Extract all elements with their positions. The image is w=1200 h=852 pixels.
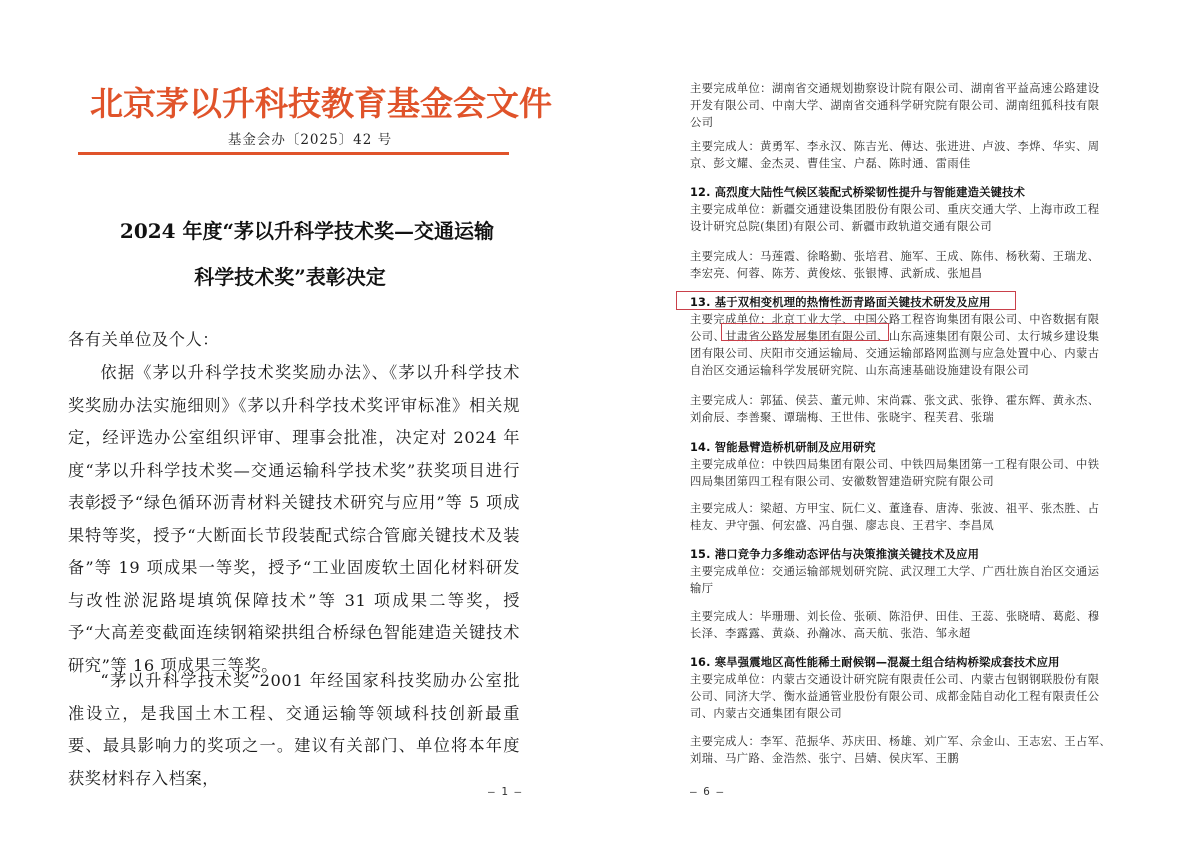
text-line: 桂友、尹守强、何宏盛、冯自强、廖志良、王君宇、李昌凤 <box>690 517 1115 534</box>
paragraph-awards: 授予“绿色循环沥青材料关键技术研究与应用”等 5 项成果特等奖，授予“大断面长节… <box>68 487 520 682</box>
letterhead-title: 北京茅以升科技教育基金会文件 <box>90 78 510 125</box>
project-heading: 16. 寒旱强震地区高性能稀土耐候钢—混凝土组合结构桥梁成套技术应用 <box>690 654 1115 671</box>
document-title: 2024 年度“茅以升科学技术奖—交通运输 科学技术奖”表彰决定 <box>60 208 560 300</box>
project-15-people: 主要完成人：毕珊珊、刘长俭、张硕、陈沿伊、田佳、王蕊、张晓晴、葛彪、穆 长泽、李… <box>690 608 1115 642</box>
project-12-people: 主要完成人：马莲霞、徐略勤、张培君、施军、王成、陈伟、杨秋菊、王瑞龙、 李宏亮、… <box>690 248 1115 282</box>
text-line: 主要完成人：毕珊珊、刘长俭、张硕、陈沿伊、田佳、王蕊、张晓晴、葛彪、穆 <box>690 608 1115 625</box>
text-line: 主要完成单位：中铁四局集团有限公司、中铁四局集团第一工程有限公司、中铁 <box>690 456 1115 473</box>
text-line: 长泽、李露露、黄焱、孙瀚冰、高天航、张浩、邹永超 <box>690 625 1115 642</box>
text-line: 刘瑞、马广路、金浩然、张宁、吕婧、侯庆军、王鹏 <box>690 750 1115 767</box>
salutation: 各有关单位及个人： <box>68 324 520 357</box>
text-line: 主要完成人：黄勇军、李永汉、陈吉光、傅达、张进进、卢波、李烨、华实、周 <box>690 138 1115 155</box>
project-14: 14. 智能悬臂造桥机研制及应用研究 主要完成单位：中铁四局集团有限公司、中铁四… <box>690 439 1115 490</box>
text-line: 李宏亮、何蓉、陈芳、黄俊炫、张银博、武新成、张旭昌 <box>690 265 1115 282</box>
project-15: 15. 港口竞争力多维动态评估与决策推演关键技术及应用 主要完成单位：交通运输部… <box>690 546 1115 597</box>
page-number: — 6 — <box>690 785 723 798</box>
text-line: 自治区交通运输科学发展研究院、山东高速基础设施建设有限公司 <box>690 362 1115 379</box>
highlight-box-unit <box>721 323 889 341</box>
text-line: 四局集团第四工程有限公司、安徽数智建造研究院有限公司 <box>690 473 1115 490</box>
text-line: 团有限公司、庆阳市交通运输局、交通运输部路网监测与应急处置中心、内蒙古 <box>690 345 1115 362</box>
project-heading: 15. 港口竞争力多维动态评估与决策推演关键技术及应用 <box>690 546 1115 563</box>
project-14-people: 主要完成人：梁超、方甲宝、阮仁义、董逢春、唐涛、张波、祖平、张杰胜、占 桂友、尹… <box>690 500 1115 534</box>
text-line: 京、彭文耀、金杰灵、曹佳宝、户磊、陈时通、雷雨佳 <box>690 155 1115 172</box>
project-16: 16. 寒旱强震地区高性能稀土耐候钢—混凝土组合结构桥梁成套技术应用 主要完成单… <box>690 654 1115 722</box>
text-line: 输厅 <box>690 580 1115 597</box>
document-page-1: 北京茅以升科技教育基金会文件 基金会办〔2025〕42 号 2024 年度“茅以… <box>0 0 582 852</box>
project-12: 12. 高烈度大陆性气候区装配式桥梁韧性提升与智能建造关键技术 主要完成单位：新… <box>690 184 1115 235</box>
page-number: — 1 — <box>488 785 521 798</box>
document-number: 基金会办〔2025〕42 号 <box>60 128 560 148</box>
project-heading: 12. 高烈度大陆性气候区装配式桥梁韧性提升与智能建造关键技术 <box>690 184 1115 201</box>
text-line: 主要完成人：马莲霞、徐略勤、张培君、施军、王成、陈伟、杨秋菊、王瑞龙、 <box>690 248 1115 265</box>
text-line: 设计研究总院(集团)有限公司、新疆市政轨道交通有限公司 <box>690 218 1115 235</box>
title-line-1: 2024 年度“茅以升科学技术奖—交通运输 <box>60 208 560 254</box>
text-line: 公司、同济大学、衡水益通管业股份有限公司、成都金陆自动化工程有限责任公 <box>690 688 1115 705</box>
project-16-people: 主要完成人：李军、范振华、苏庆田、杨雄、刘广军、佘金山、王志宏、王占军、 刘瑞、… <box>690 733 1115 767</box>
text-line: 主要完成单位：内蒙古交通设计研究院有限责任公司、内蒙古包钢钢联股份有限 <box>690 671 1115 688</box>
text-line: 刘俞辰、李善聚、谭瑞梅、王世伟、张晓宇、程芙君、张瑞 <box>690 409 1115 426</box>
project-11-units: 主要完成单位：湖南省交通规划勘察设计院有限公司、湖南省平益高速公路建设 开发有限… <box>690 80 1115 131</box>
text-line: 主要完成人：郭猛、侯芸、董元帅、宋尚霖、张文武、张铮、霍东辉、黄永杰、 <box>690 392 1115 409</box>
project-13-people: 主要完成人：郭猛、侯芸、董元帅、宋尚霖、张文武、张铮、霍东辉、黄永杰、 刘俞辰、… <box>690 392 1115 426</box>
paragraph-about-award: “茅以升科学技术奖”2001 年经国家科技奖励办公室批准设立，是我国土木工程、交… <box>68 665 520 795</box>
project-heading: 14. 智能悬臂造桥机研制及应用研究 <box>690 439 1115 456</box>
text-line: 主要完成人：梁超、方甲宝、阮仁义、董逢春、唐涛、张波、祖平、张杰胜、占 <box>690 500 1115 517</box>
text-line: 公司 <box>690 114 1115 131</box>
title-line-2: 科学技术奖”表彰决定 <box>60 254 560 300</box>
highlight-box-heading <box>676 291 1016 310</box>
text-line: 司、内蒙古交通集团有限公司 <box>690 705 1115 722</box>
text-line: 开发有限公司、中南大学、湖南省交通科学研究院有限公司、湖南纽狐科技有限 <box>690 97 1115 114</box>
text-line: 主要完成人：李军、范振华、苏庆田、杨雄、刘广军、佘金山、王志宏、王占军、 <box>690 733 1115 750</box>
text-line: 主要完成单位：湖南省交通规划勘察设计院有限公司、湖南省平益高速公路建设 <box>690 80 1115 97</box>
text-line: 主要完成单位：交通运输部规划研究院、武汉理工大学、广西壮族自治区交通运 <box>690 563 1115 580</box>
red-divider-line <box>78 152 509 155</box>
project-11-people: 主要完成人：黄勇军、李永汉、陈吉光、傅达、张进进、卢波、李烨、华实、周 京、彭文… <box>690 138 1115 172</box>
text-line: 主要完成单位：新疆交通建设集团股份有限公司、重庆交通大学、上海市政工程 <box>690 201 1115 218</box>
